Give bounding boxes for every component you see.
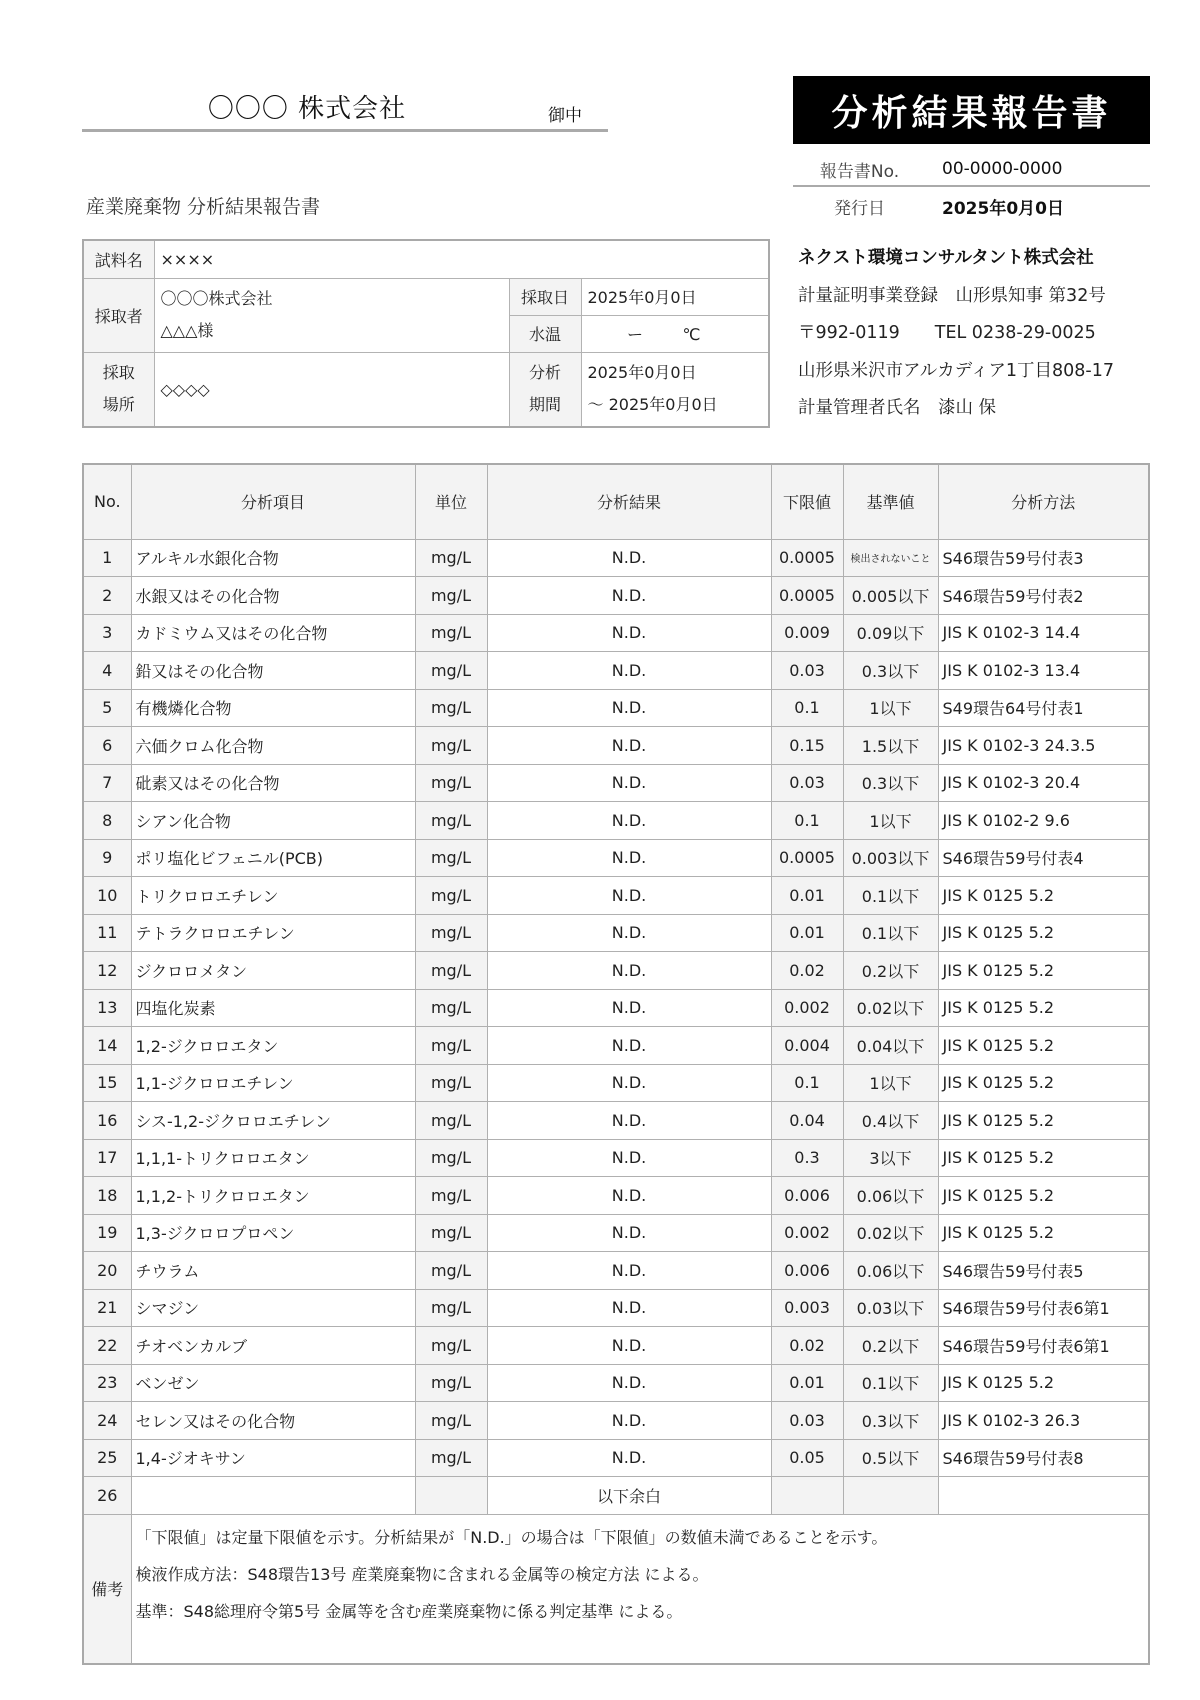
unit: mg/L bbox=[415, 1439, 487, 1477]
lower-limit: 0.15 bbox=[771, 727, 843, 765]
standard-value: 0.3以下 bbox=[843, 652, 938, 690]
unit: mg/L bbox=[415, 764, 487, 802]
unit: mg/L bbox=[415, 539, 487, 577]
unit: mg/L bbox=[415, 652, 487, 690]
sample-info-table: 試料名 ×××× 採取者 〇〇〇株式会社 △△△様 採取日 2025年0月0日 … bbox=[82, 239, 770, 428]
analysis-item: シス-1,2-ジクロロエチレン bbox=[131, 1102, 415, 1140]
standard-value: 検出されないこと bbox=[843, 539, 938, 577]
standard-value: 0.02以下 bbox=[843, 1214, 938, 1252]
analysis-method: JIS K 0125 5.2 bbox=[938, 989, 1149, 1027]
row-number: 2 bbox=[83, 577, 131, 615]
collector-company: 〇〇〇株式会社 bbox=[161, 283, 509, 315]
table-row: 1アルキル水銀化合物mg/LN.D.0.0005検出されないことS46環告59号… bbox=[83, 539, 1149, 577]
table-row: 2水銀又はその化合物mg/LN.D.0.00050.005以下S46環告59号付… bbox=[83, 577, 1149, 615]
table-row: 6六価クロム化合物mg/LN.D.0.151.5以下JIS K 0102-3 2… bbox=[83, 727, 1149, 765]
analysis-method: S49環告64号付表1 bbox=[938, 689, 1149, 727]
notes-row: 備考 「下限値」は定量下限値を示す。分析結果が「N.D.」の場合は「下限値」の数… bbox=[83, 1514, 1149, 1664]
analysis-method: JIS K 0125 5.2 bbox=[938, 914, 1149, 952]
lower-limit: 0.01 bbox=[771, 914, 843, 952]
analysis-method: JIS K 0102-3 26.3 bbox=[938, 1402, 1149, 1440]
analysis-method: S46環告59号付表8 bbox=[938, 1439, 1149, 1477]
unit: mg/L bbox=[415, 1027, 487, 1065]
lower-limit: 0.0005 bbox=[771, 839, 843, 877]
lower-limit: 0.1 bbox=[771, 802, 843, 840]
report-number-label: 報告書No. bbox=[793, 157, 926, 182]
unit: mg/L bbox=[415, 877, 487, 915]
standard-value: 0.09以下 bbox=[843, 614, 938, 652]
water-temp-reading: ー bbox=[588, 322, 683, 345]
analysis-item: 砒素又はその化合物 bbox=[131, 764, 415, 802]
results-header-row: No. 分析項目 単位 分析結果 下限値 基準値 分析方法 bbox=[83, 464, 1149, 539]
analysis-method: JIS K 0102-3 13.4 bbox=[938, 652, 1149, 690]
analysis-item: 1,3-ジクロロプロペン bbox=[131, 1214, 415, 1252]
sampling-place-value: ◇◇◇◇ bbox=[154, 352, 509, 427]
unit: mg/L bbox=[415, 689, 487, 727]
table-row: 181,1,2-トリクロロエタンmg/LN.D.0.0060.06以下JIS K… bbox=[83, 1177, 1149, 1215]
lower-limit: 0.004 bbox=[771, 1027, 843, 1065]
row-number: 4 bbox=[83, 652, 131, 690]
row-number: 24 bbox=[83, 1402, 131, 1440]
standard-value: 1.5以下 bbox=[843, 727, 938, 765]
analysis-item: 1,1-ジクロロエチレン bbox=[131, 1064, 415, 1102]
sampling-date-value: 2025年0月0日 bbox=[581, 278, 769, 315]
analysis-item: 1,1,1-トリクロロエタン bbox=[131, 1139, 415, 1177]
analysis-item: シアン化合物 bbox=[131, 802, 415, 840]
row-number: 13 bbox=[83, 989, 131, 1027]
document-subtitle: 産業廃棄物 分析結果報告書 bbox=[86, 192, 320, 219]
row-number: 25 bbox=[83, 1439, 131, 1477]
analysis-item: シマジン bbox=[131, 1289, 415, 1327]
lower-limit: 0.009 bbox=[771, 614, 843, 652]
analysis-item: 六価クロム化合物 bbox=[131, 727, 415, 765]
analysis-method: JIS K 0102-2 9.6 bbox=[938, 802, 1149, 840]
analysis-result: N.D. bbox=[487, 652, 771, 690]
unit: mg/L bbox=[415, 614, 487, 652]
analysis-item: 1,1,2-トリクロロエタン bbox=[131, 1177, 415, 1215]
table-row: 171,1,1-トリクロロエタンmg/LN.D.0.33以下JIS K 0125… bbox=[83, 1139, 1149, 1177]
row-number: 16 bbox=[83, 1102, 131, 1140]
analysis-item: チオベンカルブ bbox=[131, 1327, 415, 1365]
row-number: 6 bbox=[83, 727, 131, 765]
analysis-method: JIS K 0125 5.2 bbox=[938, 1364, 1149, 1402]
row-number: 17 bbox=[83, 1139, 131, 1177]
row-number: 20 bbox=[83, 1252, 131, 1290]
unit: mg/L bbox=[415, 1327, 487, 1365]
unit: mg/L bbox=[415, 1177, 487, 1215]
analysis-method: JIS K 0125 5.2 bbox=[938, 1214, 1149, 1252]
analysis-result: N.D. bbox=[487, 577, 771, 615]
analysis-method: JIS K 0125 5.2 bbox=[938, 1064, 1149, 1102]
analysis-method: JIS K 0125 5.2 bbox=[938, 1177, 1149, 1215]
lower-limit: 0.03 bbox=[771, 1402, 843, 1440]
table-row: 3カドミウム又はその化合物mg/LN.D.0.0090.09以下JIS K 01… bbox=[83, 614, 1149, 652]
report-number-value: 00-0000-0000 bbox=[926, 159, 1150, 179]
standard-value: 0.1以下 bbox=[843, 914, 938, 952]
row-number: 1 bbox=[83, 539, 131, 577]
standard-value: 1以下 bbox=[843, 689, 938, 727]
unit: mg/L bbox=[415, 914, 487, 952]
table-row: 251,4-ジオキサンmg/LN.D.0.050.5以下S46環告59号付表8 bbox=[83, 1439, 1149, 1477]
analysis-method: JIS K 0102-3 20.4 bbox=[938, 764, 1149, 802]
unit: mg/L bbox=[415, 1102, 487, 1140]
standard-value: 0.1以下 bbox=[843, 1364, 938, 1402]
standard-value: 1以下 bbox=[843, 802, 938, 840]
row-number: 23 bbox=[83, 1364, 131, 1402]
table-row: 26以下余白 bbox=[83, 1477, 1149, 1515]
issue-date-label: 発行日 bbox=[793, 194, 926, 219]
unit: mg/L bbox=[415, 952, 487, 990]
lower-limit: 0.0005 bbox=[771, 577, 843, 615]
notes-label: 備考 bbox=[83, 1514, 131, 1664]
table-row: 16シス-1,2-ジクロロエチレンmg/LN.D.0.040.4以下JIS K … bbox=[83, 1102, 1149, 1140]
notes-body: 「下限値」は定量下限値を示す。分析結果が「N.D.」の場合は「下限値」の数値未満… bbox=[131, 1514, 1149, 1664]
standard-value: 0.04以下 bbox=[843, 1027, 938, 1065]
unit: mg/L bbox=[415, 989, 487, 1027]
row-number: 19 bbox=[83, 1214, 131, 1252]
analysis-item: トリクロロエチレン bbox=[131, 877, 415, 915]
analysis-period-label: 分析 期間 bbox=[509, 352, 581, 427]
row-number: 15 bbox=[83, 1064, 131, 1102]
lower-limit: 0.0005 bbox=[771, 539, 843, 577]
table-row: 7砒素又はその化合物mg/LN.D.0.030.3以下JIS K 0102-3 … bbox=[83, 764, 1149, 802]
analysis-method: S46環告59号付表4 bbox=[938, 839, 1149, 877]
water-temp-value: ー℃ bbox=[581, 315, 769, 352]
analysis-method: S46環告59号付表3 bbox=[938, 539, 1149, 577]
standard-value: 0.06以下 bbox=[843, 1252, 938, 1290]
analysis-result: N.D. bbox=[487, 1214, 771, 1252]
analysis-method: JIS K 0102-3 14.4 bbox=[938, 614, 1149, 652]
unit: mg/L bbox=[415, 1402, 487, 1440]
analysis-result: N.D. bbox=[487, 1289, 771, 1327]
standard-value: 0.1以下 bbox=[843, 877, 938, 915]
unit: mg/L bbox=[415, 1252, 487, 1290]
table-row: 141,2-ジクロロエタンmg/LN.D.0.0040.04以下JIS K 01… bbox=[83, 1027, 1149, 1065]
lower-limit: 0.006 bbox=[771, 1177, 843, 1215]
lower-limit: 0.003 bbox=[771, 1289, 843, 1327]
row-number: 3 bbox=[83, 614, 131, 652]
analysis-item: 水銀又はその化合物 bbox=[131, 577, 415, 615]
analysis-method: S46環告59号付表6第1 bbox=[938, 1327, 1149, 1365]
table-row: 9ポリ塩化ビフェニル(PCB)mg/LN.D.0.00050.003以下S46環… bbox=[83, 839, 1149, 877]
table-row: 11テトラクロロエチレンmg/LN.D.0.010.1以下JIS K 0125 … bbox=[83, 914, 1149, 952]
table-row: 5有機燐化合物mg/LN.D.0.11以下S49環告64号付表1 bbox=[83, 689, 1149, 727]
analysis-item: セレン又はその化合物 bbox=[131, 1402, 415, 1440]
unit: mg/L bbox=[415, 1139, 487, 1177]
analysis-result: 以下余白 bbox=[487, 1477, 771, 1515]
analysis-period-end: ～ 2025年0月0日 bbox=[588, 389, 769, 421]
table-row: 20チウラムmg/LN.D.0.0060.06以下S46環告59号付表5 bbox=[83, 1252, 1149, 1290]
standard-value: 0.2以下 bbox=[843, 1327, 938, 1365]
analysis-item bbox=[131, 1477, 415, 1515]
water-temp-unit: ℃ bbox=[683, 325, 701, 344]
header-result: 分析結果 bbox=[487, 464, 771, 539]
row-number: 22 bbox=[83, 1327, 131, 1365]
analysis-item: チウラム bbox=[131, 1252, 415, 1290]
table-row: 12ジクロロメタンmg/LN.D.0.020.2以下JIS K 0125 5.2 bbox=[83, 952, 1149, 990]
addressee-name: 〇〇〇 株式会社 bbox=[82, 88, 532, 125]
analysis-method: S46環告59号付表5 bbox=[938, 1252, 1149, 1290]
header-lower-limit: 下限値 bbox=[771, 464, 843, 539]
standard-value: 0.4以下 bbox=[843, 1102, 938, 1140]
company-name: ネクスト環境コンサルタント株式会社 bbox=[798, 240, 1114, 278]
issue-date-row: 発行日 2025年0月0日 bbox=[793, 189, 1150, 223]
row-number: 10 bbox=[83, 877, 131, 915]
unit: mg/L bbox=[415, 839, 487, 877]
collector-value: 〇〇〇株式会社 △△△様 bbox=[154, 278, 509, 352]
standard-value: 0.2以下 bbox=[843, 952, 938, 990]
analysis-period-value: 2025年0月0日 ～ 2025年0月0日 bbox=[581, 352, 769, 427]
analysis-result: N.D. bbox=[487, 1327, 771, 1365]
table-row: 191,3-ジクロロプロペンmg/LN.D.0.0020.02以下JIS K 0… bbox=[83, 1214, 1149, 1252]
analysis-method: JIS K 0125 5.2 bbox=[938, 877, 1149, 915]
company-info: ネクスト環境コンサルタント株式会社 計量証明事業登録 山形県知事 第32号 〒9… bbox=[798, 240, 1114, 428]
analysis-result: N.D. bbox=[487, 1402, 771, 1440]
analysis-result: N.D. bbox=[487, 1139, 771, 1177]
water-temp-label: 水温 bbox=[509, 315, 581, 352]
lower-limit: 0.3 bbox=[771, 1139, 843, 1177]
header-unit: 単位 bbox=[415, 464, 487, 539]
lower-limit: 0.002 bbox=[771, 1214, 843, 1252]
lower-limit: 0.006 bbox=[771, 1252, 843, 1290]
company-registration: 計量証明事業登録 山形県知事 第32号 bbox=[798, 278, 1114, 316]
row-number: 8 bbox=[83, 802, 131, 840]
analysis-item: ジクロロメタン bbox=[131, 952, 415, 990]
unit: mg/L bbox=[415, 1364, 487, 1402]
collector-label: 採取者 bbox=[83, 278, 154, 352]
table-row: 8シアン化合物mg/LN.D.0.11以下JIS K 0102-2 9.6 bbox=[83, 802, 1149, 840]
header-standard: 基準値 bbox=[843, 464, 938, 539]
standard-value: 0.3以下 bbox=[843, 1402, 938, 1440]
collector-person: △△△様 bbox=[161, 315, 509, 347]
standard-value: 0.005以下 bbox=[843, 577, 938, 615]
table-row: 22チオベンカルブmg/LN.D.0.020.2以下S46環告59号付表6第1 bbox=[83, 1327, 1149, 1365]
lower-limit: 0.002 bbox=[771, 989, 843, 1027]
standard-value bbox=[843, 1477, 938, 1515]
analysis-item: 1,4-ジオキサン bbox=[131, 1439, 415, 1477]
unit bbox=[415, 1477, 487, 1515]
analysis-result: N.D. bbox=[487, 877, 771, 915]
header-method: 分析方法 bbox=[938, 464, 1149, 539]
analysis-method: JIS K 0125 5.2 bbox=[938, 1102, 1149, 1140]
analysis-method: S46環告59号付表6第1 bbox=[938, 1289, 1149, 1327]
lower-limit: 0.1 bbox=[771, 1064, 843, 1102]
row-number: 18 bbox=[83, 1177, 131, 1215]
standard-value: 3以下 bbox=[843, 1139, 938, 1177]
table-row: 151,1-ジクロロエチレンmg/LN.D.0.11以下JIS K 0125 5… bbox=[83, 1064, 1149, 1102]
analysis-item: 1,2-ジクロロエタン bbox=[131, 1027, 415, 1065]
standard-value: 1以下 bbox=[843, 1064, 938, 1102]
standard-value: 0.5以下 bbox=[843, 1439, 938, 1477]
company-contact: 〒992-0119 TEL 0238-29-0025 bbox=[798, 315, 1114, 353]
analysis-result: N.D. bbox=[487, 1102, 771, 1140]
standard-value: 0.02以下 bbox=[843, 989, 938, 1027]
unit: mg/L bbox=[415, 1064, 487, 1102]
analysis-item: 鉛又はその化合物 bbox=[131, 652, 415, 690]
analysis-result: N.D. bbox=[487, 539, 771, 577]
analysis-result: N.D. bbox=[487, 1439, 771, 1477]
table-row: 4鉛又はその化合物mg/LN.D.0.030.3以下JIS K 0102-3 1… bbox=[83, 652, 1149, 690]
note-line: 基準：S48総理府令第5号 金属等を含む産業廃棄物に係る判定基準 による。 bbox=[136, 1593, 1145, 1630]
analysis-result: N.D. bbox=[487, 1027, 771, 1065]
analysis-item: ポリ塩化ビフェニル(PCB) bbox=[131, 839, 415, 877]
analysis-period-start: 2025年0月0日 bbox=[588, 357, 769, 389]
row-number: 26 bbox=[83, 1477, 131, 1515]
lower-limit: 0.03 bbox=[771, 764, 843, 802]
lower-limit bbox=[771, 1477, 843, 1515]
note-line: 「下限値」は定量下限値を示す。分析結果が「N.D.」の場合は「下限値」の数値未満… bbox=[136, 1519, 1145, 1556]
analysis-method: JIS K 0125 5.2 bbox=[938, 952, 1149, 990]
row-number: 21 bbox=[83, 1289, 131, 1327]
header-no: No. bbox=[83, 464, 131, 539]
header-item: 分析項目 bbox=[131, 464, 415, 539]
table-row: 24セレン又はその化合物mg/LN.D.0.030.3以下JIS K 0102-… bbox=[83, 1402, 1149, 1440]
lower-limit: 0.02 bbox=[771, 1327, 843, 1365]
analysis-result: N.D. bbox=[487, 1364, 771, 1402]
table-row: 10トリクロロエチレンmg/LN.D.0.010.1以下JIS K 0125 5… bbox=[83, 877, 1149, 915]
analysis-method: JIS K 0125 5.2 bbox=[938, 1139, 1149, 1177]
unit: mg/L bbox=[415, 577, 487, 615]
analysis-result: N.D. bbox=[487, 764, 771, 802]
analysis-result: N.D. bbox=[487, 802, 771, 840]
analysis-method: S46環告59号付表2 bbox=[938, 577, 1149, 615]
report-number-row: 報告書No. 00-0000-0000 bbox=[793, 153, 1150, 187]
unit: mg/L bbox=[415, 1214, 487, 1252]
analysis-result: N.D. bbox=[487, 1177, 771, 1215]
analysis-result: N.D. bbox=[487, 952, 771, 990]
analysis-method: JIS K 0102-3 24.3.5 bbox=[938, 727, 1149, 765]
addressee-suffix: 御中 bbox=[548, 101, 582, 126]
analysis-result: N.D. bbox=[487, 1252, 771, 1290]
analysis-method: JIS K 0125 5.2 bbox=[938, 1027, 1149, 1065]
analysis-item: 有機燐化合物 bbox=[131, 689, 415, 727]
standard-value: 0.3以下 bbox=[843, 764, 938, 802]
unit: mg/L bbox=[415, 802, 487, 840]
analysis-item: テトラクロロエチレン bbox=[131, 914, 415, 952]
lower-limit: 0.03 bbox=[771, 652, 843, 690]
table-row: 23ベンゼンmg/LN.D.0.010.1以下JIS K 0125 5.2 bbox=[83, 1364, 1149, 1402]
note-line: 検液作成方法：S48環告13号 産業廃棄物に含まれる金属等の検定方法 による。 bbox=[136, 1556, 1145, 1593]
sample-name-value: ×××× bbox=[154, 240, 769, 278]
addressee-underline bbox=[82, 129, 608, 132]
analysis-result: N.D. bbox=[487, 689, 771, 727]
sample-name-label: 試料名 bbox=[83, 240, 154, 278]
results-table: No. 分析項目 単位 分析結果 下限値 基準値 分析方法 1アルキル水銀化合物… bbox=[82, 463, 1150, 1665]
analysis-result: N.D. bbox=[487, 839, 771, 877]
row-number: 14 bbox=[83, 1027, 131, 1065]
row-number: 9 bbox=[83, 839, 131, 877]
sampling-place-label: 採取 場所 bbox=[83, 352, 154, 427]
analysis-item: カドミウム又はその化合物 bbox=[131, 614, 415, 652]
analysis-result: N.D. bbox=[487, 727, 771, 765]
lower-limit: 0.01 bbox=[771, 1364, 843, 1402]
analysis-result: N.D. bbox=[487, 914, 771, 952]
standard-value: 0.03以下 bbox=[843, 1289, 938, 1327]
table-row: 21シマジンmg/LN.D.0.0030.03以下S46環告59号付表6第1 bbox=[83, 1289, 1149, 1327]
lower-limit: 0.01 bbox=[771, 877, 843, 915]
sampling-date-label: 採取日 bbox=[509, 278, 581, 315]
analysis-item: 四塩化炭素 bbox=[131, 989, 415, 1027]
lower-limit: 0.02 bbox=[771, 952, 843, 990]
unit: mg/L bbox=[415, 1289, 487, 1327]
row-number: 7 bbox=[83, 764, 131, 802]
lower-limit: 0.04 bbox=[771, 1102, 843, 1140]
analysis-result: N.D. bbox=[487, 989, 771, 1027]
analysis-item: アルキル水銀化合物 bbox=[131, 539, 415, 577]
issue-date-value: 2025年0月0日 bbox=[926, 194, 1150, 219]
analysis-result: N.D. bbox=[487, 614, 771, 652]
lower-limit: 0.05 bbox=[771, 1439, 843, 1477]
analysis-item: ベンゼン bbox=[131, 1364, 415, 1402]
unit: mg/L bbox=[415, 727, 487, 765]
analysis-result: N.D. bbox=[487, 1064, 771, 1102]
document-title: 分析結果報告書 bbox=[793, 76, 1150, 144]
standard-value: 0.06以下 bbox=[843, 1177, 938, 1215]
company-address: 山形県米沢市アルカディア1丁目808-17 bbox=[798, 353, 1114, 391]
analysis-method bbox=[938, 1477, 1149, 1515]
row-number: 11 bbox=[83, 914, 131, 952]
row-number: 12 bbox=[83, 952, 131, 990]
company-manager: 計量管理者氏名 漆山 保 bbox=[798, 390, 1114, 428]
standard-value: 0.003以下 bbox=[843, 839, 938, 877]
lower-limit: 0.1 bbox=[771, 689, 843, 727]
table-row: 13四塩化炭素mg/LN.D.0.0020.02以下JIS K 0125 5.2 bbox=[83, 989, 1149, 1027]
row-number: 5 bbox=[83, 689, 131, 727]
